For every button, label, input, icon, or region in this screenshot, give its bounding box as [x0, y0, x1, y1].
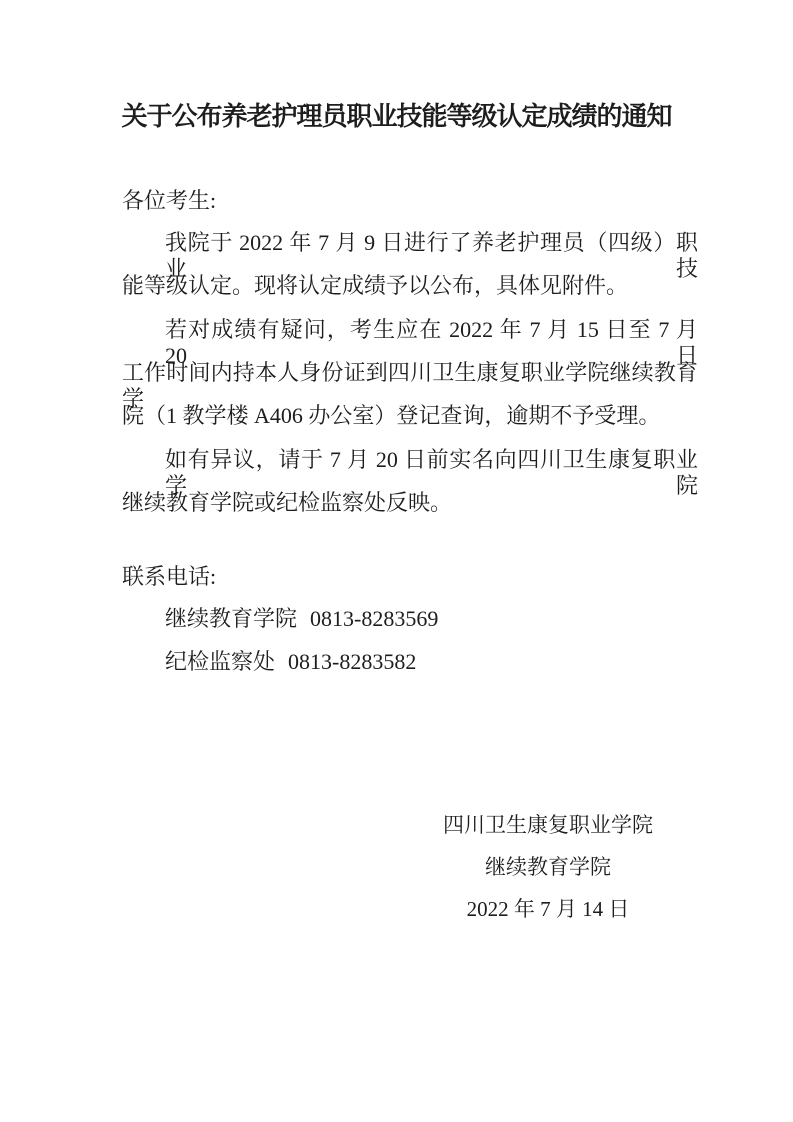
salutation: 各位考生: — [122, 188, 698, 214]
paragraph-1-line-2: 能等级认定。现将认定成绩予以公布，具体见附件。 — [122, 273, 698, 299]
contact-entry-phone: 0813-8283569 — [310, 606, 438, 631]
contact-heading: 联系电话: — [122, 564, 698, 590]
contact-entry-label: 继续教育学院 — [165, 606, 297, 631]
paragraph-2-line-3: 院（1 教学楼 A406 办公室）登记查询，逾期不予受理。 — [122, 403, 698, 429]
signature-department: 继续教育学院 — [348, 855, 748, 880]
contact-entry-continuing-education: 继续教育学院0813-8283569 — [122, 606, 698, 632]
signature-organization: 四川卫生康复职业学院 — [348, 813, 748, 838]
contact-entry-discipline-inspection: 纪检监察处0813-8283582 — [122, 649, 698, 675]
signature-date: 2022 年 7 月 14 日 — [348, 897, 748, 922]
document-title: 关于公布养老护理员职业技能等级认定成绩的通知 — [0, 100, 793, 134]
paragraph-3-line-2: 继续教育学院或纪检监察处反映。 — [122, 490, 698, 516]
notice-page: 关于公布养老护理员职业技能等级认定成绩的通知 各位考生: 我院于 2022 年 … — [0, 0, 793, 1122]
contact-entry-phone: 0813-8283582 — [288, 649, 416, 674]
contact-entry-label: 纪检监察处 — [165, 649, 275, 674]
